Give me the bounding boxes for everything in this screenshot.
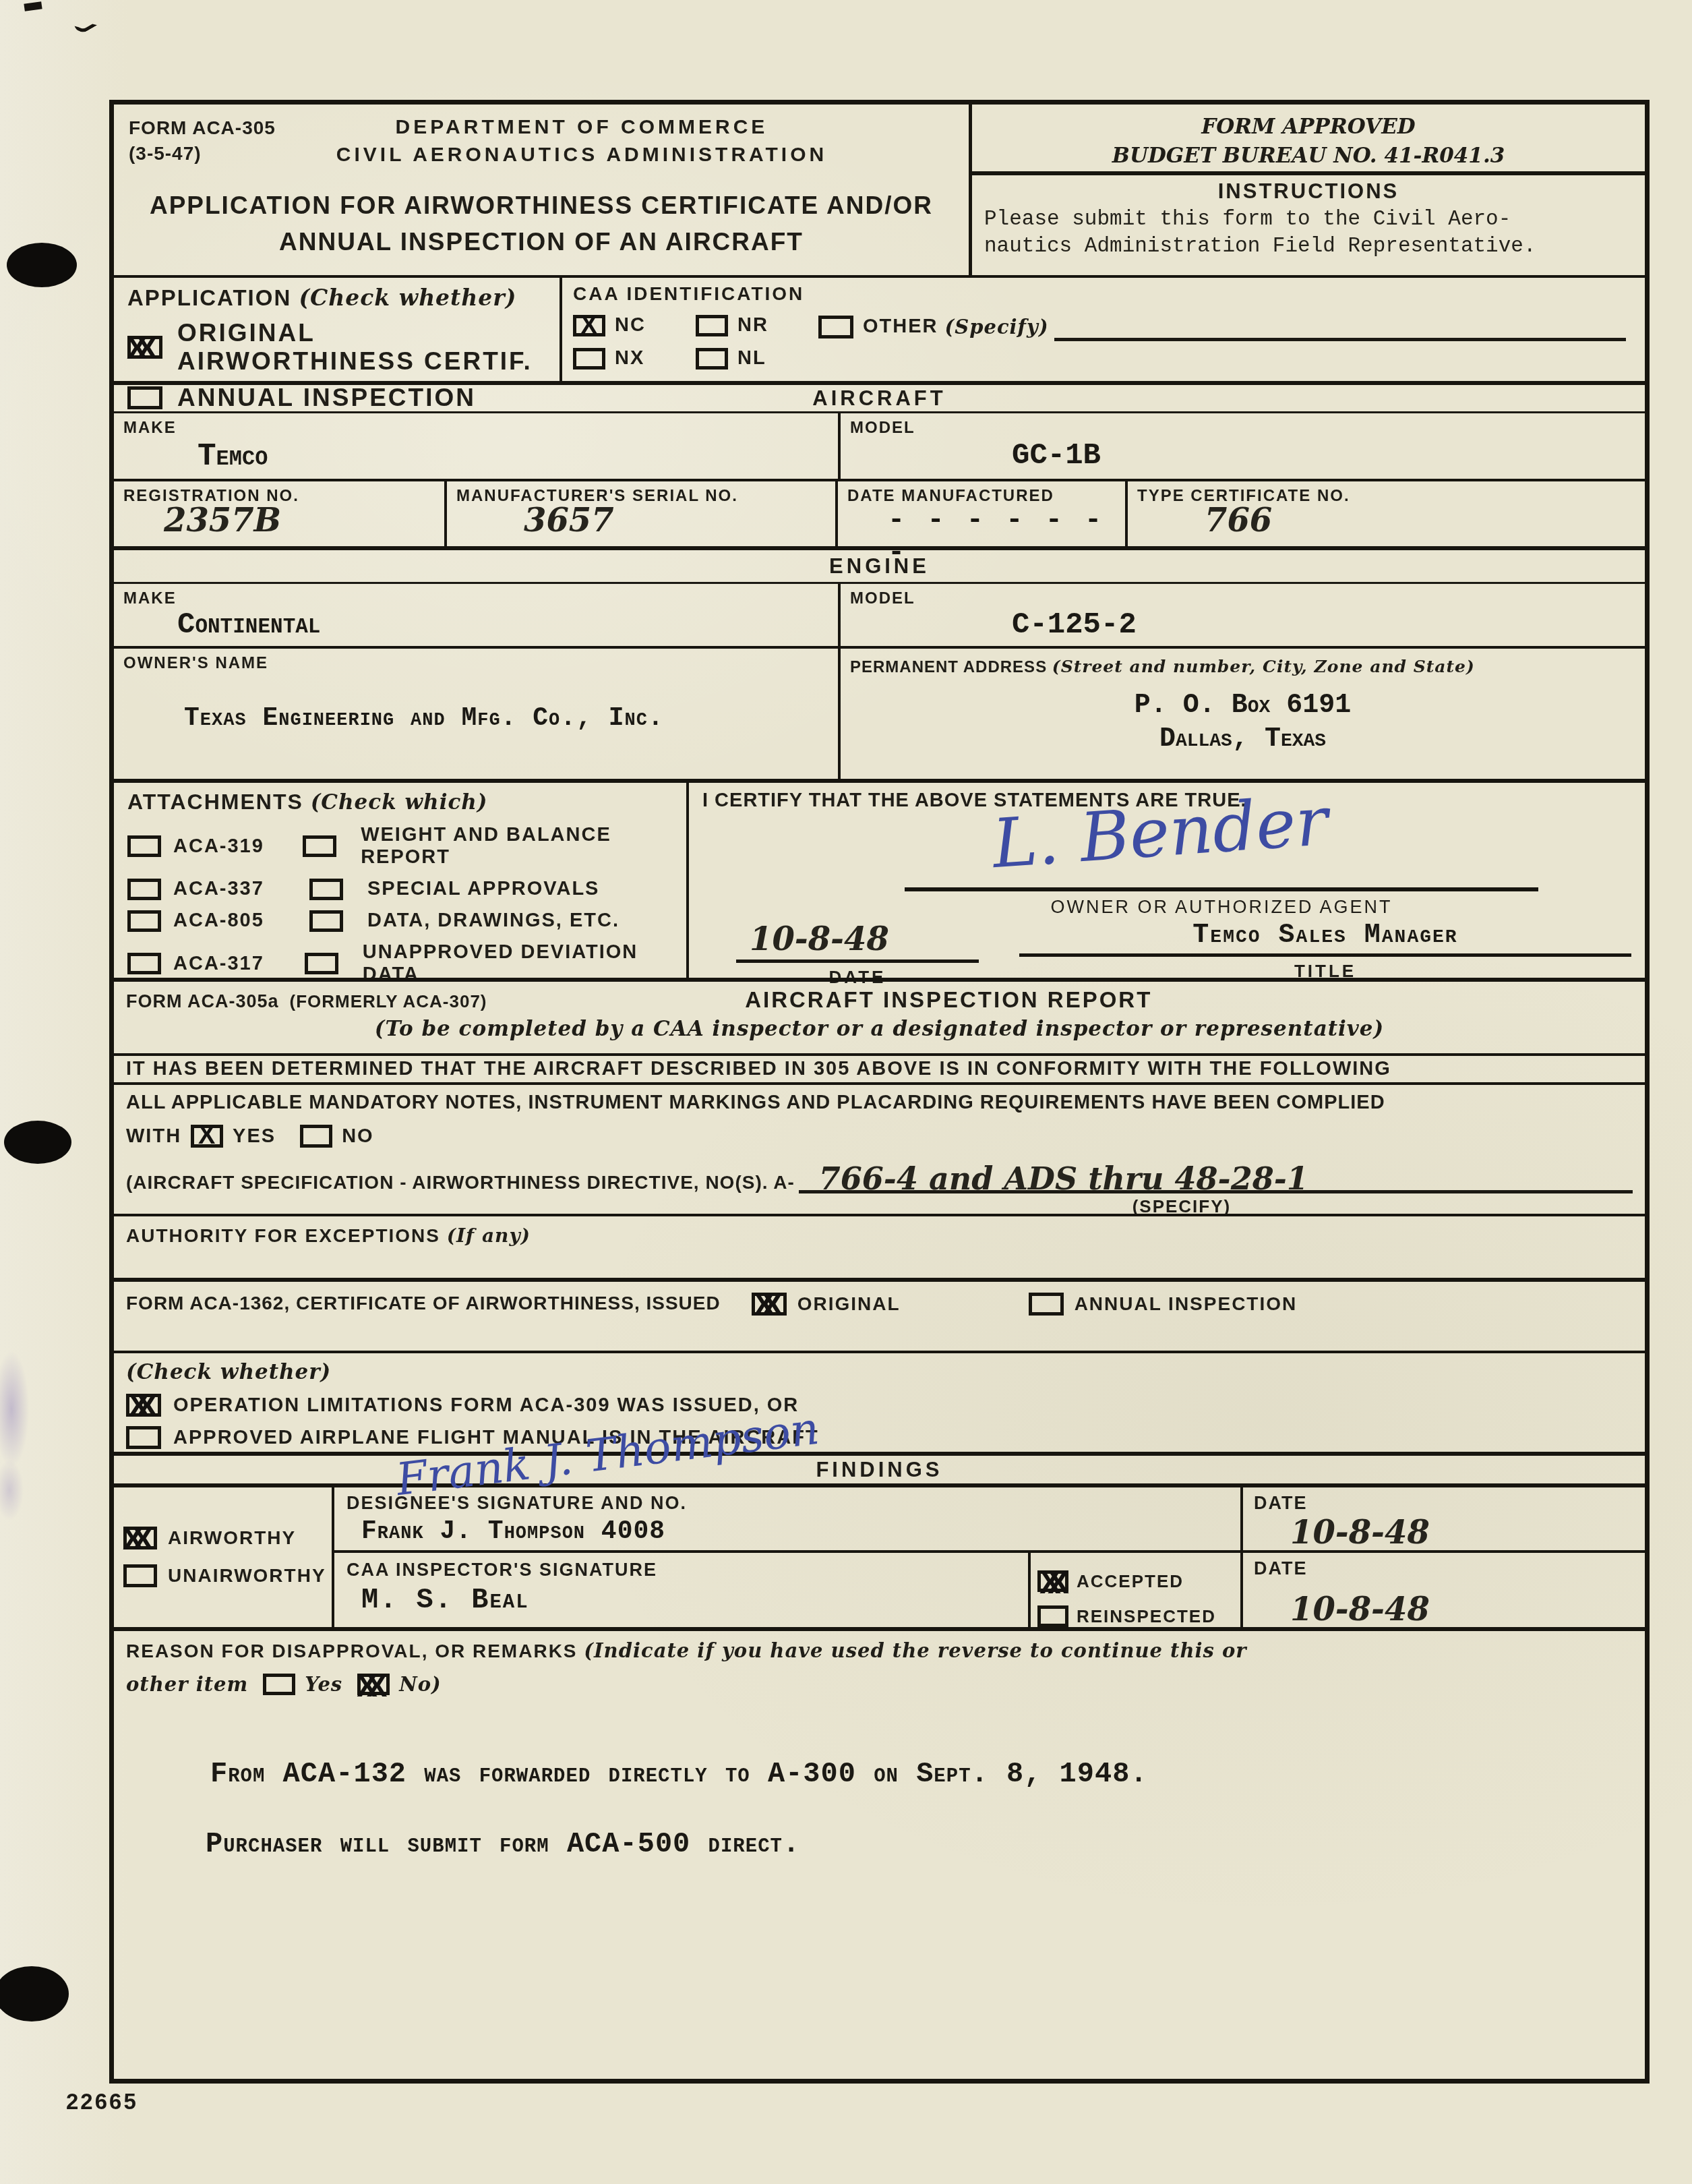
attachments-hint: (Check which) bbox=[311, 790, 488, 815]
accepted-label: ACCEPTED bbox=[1077, 1571, 1184, 1592]
aca-305-form: FORM ACA-305 (3-5-47) DEPARTMENT OF COMM… bbox=[109, 100, 1650, 2084]
complied-section: ALL APPLICABLE MANDATORY NOTES, INSTRUME… bbox=[114, 1082, 1645, 1214]
punch-hole-middle bbox=[4, 1121, 71, 1164]
unairworthy-checkbox[interactable] bbox=[123, 1564, 157, 1587]
reinspected-label: REINSPECTED bbox=[1077, 1606, 1216, 1627]
aircraft-make-label: MAKE bbox=[123, 419, 177, 437]
remarks-body-line2[interactable]: Purchaser will submit form ACA-500 direc… bbox=[206, 1828, 1633, 1860]
aircraft-model-label: MODEL bbox=[850, 419, 915, 437]
inspector-row: CAA INSPECTOR'S SIGNATURE M. S. Beal XX … bbox=[334, 1550, 1645, 1627]
engine-model-label: MODEL bbox=[850, 589, 915, 608]
other-specify-hint: (Specify) bbox=[945, 316, 1049, 338]
attachments-section: ATTACHMENTS (Check which) ACA-319 WEIGHT… bbox=[114, 783, 689, 978]
caa-identification-label: CAA IDENTIFICATION bbox=[573, 283, 1645, 305]
application-label: APPLICATION (Check whether) bbox=[127, 285, 560, 311]
remarks-no-checkbox[interactable]: XX bbox=[357, 1674, 390, 1695]
engine-make-value[interactable]: Continental bbox=[177, 608, 828, 642]
inspector-date-label: DATE bbox=[1254, 1558, 1308, 1578]
application-section: APPLICATION (Check whether) XX ORIGINAL … bbox=[114, 278, 562, 381]
operation-limitations-label: OPERATION LIMITATIONS FORM ACA-309 WAS I… bbox=[173, 1394, 799, 1417]
inspection-report-subtitle: (To be completed by a CAA inspector or a… bbox=[126, 1017, 1633, 1041]
instructions-box: INSTRUCTIONS Please submit this form to … bbox=[972, 175, 1645, 275]
issued-annual-option: ANNUAL INSPECTION bbox=[1029, 1293, 1298, 1316]
other-checkbox[interactable] bbox=[818, 316, 853, 338]
original-airworthiness-label: ORIGINAL AIRWORTHINESS CERTIF. bbox=[177, 319, 560, 376]
with-label: WITH bbox=[126, 1125, 181, 1148]
designee-signature-cell: DESIGNEE'S SIGNATURE AND NO. Frank J. Th… bbox=[334, 1487, 1240, 1550]
authority-hint: (If any) bbox=[447, 1224, 531, 1247]
caa-option-nx: NX bbox=[573, 347, 696, 370]
special-approvals-checkbox[interactable] bbox=[309, 879, 343, 900]
permanent-address-label: PERMANENT ADDRESS (Street and number, Ci… bbox=[850, 654, 1635, 680]
caa-options: X NC NX NR bbox=[573, 314, 1645, 370]
complied-yes-checkbox[interactable]: X bbox=[191, 1125, 223, 1148]
remarks-no-label: No) bbox=[399, 1673, 442, 1696]
form-approved-box: FORM APPROVED BUDGET BUREAU NO. 41-R041.… bbox=[972, 105, 1645, 175]
complied-no-checkbox[interactable] bbox=[300, 1125, 332, 1148]
scan-artifact bbox=[74, 16, 97, 36]
registration-value[interactable]: 2357B bbox=[164, 502, 435, 539]
inspection-report-heading: FORM ACA-305a (FORMERLY ACA-307) AIRCRAF… bbox=[114, 978, 1645, 1053]
instructions-title: INSTRUCTIONS bbox=[984, 179, 1633, 204]
permanent-address-cell: PERMANENT ADDRESS (Street and number, Ci… bbox=[841, 649, 1645, 779]
type-certificate-cell: TYPE CERTIFICATE NO. 766 bbox=[1128, 481, 1645, 546]
aircraft-make-cell: MAKE Temco bbox=[114, 413, 841, 479]
weight-balance-checkbox[interactable] bbox=[303, 835, 336, 857]
instructions-text: Please submit this form to the Civil Aer… bbox=[984, 206, 1633, 261]
address-line2: Dallas, Texas bbox=[1159, 724, 1326, 755]
flight-manual-checkbox[interactable] bbox=[126, 1426, 161, 1449]
accepted-checkbox[interactable]: XX bbox=[1037, 1570, 1068, 1592]
designee-date-cell: DATE 10-8-48 bbox=[1240, 1487, 1645, 1550]
attachment-item: ACA-319 WEIGHT AND BALANCE REPORT bbox=[127, 824, 686, 868]
department-heading: DEPARTMENT OF COMMERCE CIVIL AERONAUTICS… bbox=[195, 114, 969, 169]
scanned-form-page: 22665 FORM ACA-305 (3-5-47) DEPARTMENT O… bbox=[0, 0, 1692, 2184]
inspector-date-cell: DATE 10-8-48 bbox=[1240, 1553, 1645, 1627]
reinspected-checkbox[interactable] bbox=[1037, 1605, 1068, 1627]
permanent-address-value[interactable]: P. O. Box 6191 Dallas, Texas bbox=[850, 689, 1635, 757]
issued-annual-label: ANNUAL INSPECTION bbox=[1075, 1293, 1298, 1315]
form-305a-ref: FORM ACA-305a bbox=[126, 991, 279, 1012]
authority-label: AUTHORITY FOR EXCEPTIONS bbox=[126, 1225, 440, 1246]
application-hint: (Check whether) bbox=[299, 285, 516, 311]
header-right: FORM APPROVED BUDGET BUREAU NO. 41-R041.… bbox=[969, 105, 1645, 275]
punch-hole-bottom bbox=[0, 1966, 69, 2021]
operation-limitations-option: XX OPERATION LIMITATIONS FORM ACA-309 WA… bbox=[126, 1394, 1633, 1417]
reinspected-option: REINSPECTED bbox=[1037, 1605, 1240, 1627]
nc-checkbox[interactable]: X bbox=[573, 315, 605, 336]
aircraft-registration-row: REGISTRATION NO. 2357B MANUFACTURER'S SE… bbox=[114, 479, 1645, 546]
nr-checkbox[interactable] bbox=[696, 315, 728, 336]
department-line1: DEPARTMENT OF COMMERCE bbox=[396, 116, 768, 138]
aca-805-checkbox[interactable] bbox=[127, 910, 161, 932]
complied-with-line: WITH X YES NO bbox=[126, 1125, 1633, 1148]
inspector-signature-cell: CAA INSPECTOR'S SIGNATURE M. S. Beal bbox=[334, 1553, 1028, 1627]
specification-label: (AIRCRAFT SPECIFICATION - AIRWORTHINESS … bbox=[126, 1172, 795, 1193]
operation-limitations-checkbox[interactable]: XX bbox=[126, 1394, 161, 1417]
permanent-address-hint: (Street and number, City, Zone and State… bbox=[1052, 657, 1475, 676]
form-number-line2: (3-5-47) bbox=[129, 143, 202, 164]
form-305a-note: (FORMERLY ACA-307) bbox=[290, 991, 487, 1012]
remarks-section: REASON FOR DISAPPROVAL, OR REMARKS (Indi… bbox=[114, 1627, 1645, 2079]
document-title-line2: ANNUAL INSPECTION OF AN AIRCRAFT bbox=[279, 228, 804, 256]
header-left: FORM ACA-305 (3-5-47) DEPARTMENT OF COMM… bbox=[114, 105, 969, 275]
engine-make-model-row: MAKE Continental MODEL C-125-2 bbox=[114, 582, 1645, 646]
aircraft-model-cell: MODEL GC-1B bbox=[841, 413, 1645, 479]
remarks-hint-line1: (Indicate if you have used the reverse t… bbox=[584, 1639, 1246, 1662]
serial-value[interactable]: 3657 bbox=[524, 502, 826, 539]
original-airworthiness-checkbox[interactable]: XX bbox=[127, 336, 162, 359]
application-original-option: XX ORIGINAL AIRWORTHINESS CERTIF. bbox=[127, 319, 560, 376]
airworthy-option: XX AIRWORTHY bbox=[123, 1527, 332, 1550]
address-line1: P. O. Box 6191 bbox=[1135, 690, 1352, 721]
nr-label: NR bbox=[737, 314, 768, 336]
findings-heading: FINDINGS bbox=[114, 1452, 1645, 1483]
airworthiness-column: XX AIRWORTHY UNAIRWORTHY bbox=[114, 1487, 334, 1627]
unapproved-deviation-checkbox[interactable] bbox=[305, 953, 338, 974]
issued-original-checkbox[interactable]: XX bbox=[752, 1293, 787, 1316]
date-manufactured-label: DATE MANUFACTURED bbox=[847, 487, 1054, 505]
remarks-body-line1[interactable]: From ACA-132 was forwarded directly to A… bbox=[210, 1758, 1633, 1790]
date-manufactured-cell: DATE MANUFACTURED - - - - - - - bbox=[838, 481, 1128, 546]
nx-label: NX bbox=[615, 347, 644, 370]
document-title: APPLICATION FOR AIRWORTHINESS CERTIFICAT… bbox=[114, 187, 969, 260]
remarks-yes-label: Yes bbox=[305, 1673, 342, 1696]
remarks-hint-line2: other item bbox=[126, 1673, 248, 1696]
nc-label: NC bbox=[615, 314, 646, 336]
owner-signature-block: L. Bender OWNER OR AUTHORIZED AGENT bbox=[905, 812, 1538, 918]
other-specify-line[interactable] bbox=[1054, 314, 1626, 341]
findings-table: XX AIRWORTHY UNAIRWORTHY DESIGNEE'S SIGN… bbox=[114, 1483, 1645, 1627]
certify-title-value[interactable]: Temco Sales Manager bbox=[1192, 920, 1457, 951]
accepted-reinspected-cell: XX ACCEPTED REINSPECTED bbox=[1028, 1553, 1240, 1627]
issued-annual-checkbox[interactable] bbox=[1029, 1293, 1064, 1316]
caa-option-nr: NR bbox=[696, 314, 818, 336]
attachments-label: ATTACHMENTS (Check which) bbox=[127, 790, 686, 815]
determined-statement: IT HAS BEEN DETERMINED THAT THE AIRCRAFT… bbox=[114, 1053, 1645, 1082]
complied-statement: ALL APPLICABLE MANDATORY NOTES, INSTRUME… bbox=[126, 1092, 1633, 1114]
aircraft-make-model-row: MAKE Temco MODEL GC-1B bbox=[114, 411, 1645, 479]
caa-option-other: OTHER (Specify) bbox=[818, 314, 1645, 370]
document-title-line1: APPLICATION FOR AIRWORTHINESS CERTIFICAT… bbox=[150, 191, 933, 219]
inspection-report-title: AIRCRAFT INSPECTION REPORT bbox=[487, 987, 1410, 1013]
inspector-date-value[interactable]: 10-8-48 bbox=[1290, 1591, 1430, 1628]
form-number-line1: FORM ACA-305 bbox=[129, 117, 276, 138]
registration-cell: REGISTRATION NO. 2357B bbox=[114, 481, 447, 546]
attachment-item: ACA-337 SPECIAL APPROVALS bbox=[127, 878, 686, 900]
data-drawings-checkbox[interactable] bbox=[309, 910, 343, 932]
engine-make-cell: MAKE Continental bbox=[114, 584, 841, 646]
type-certificate-value[interactable]: 766 bbox=[1205, 502, 1635, 539]
punch-hole-top bbox=[7, 243, 77, 287]
designee-date-value[interactable]: 10-8-48 bbox=[1290, 1514, 1430, 1552]
aircraft-model-value[interactable]: GC-1B bbox=[1012, 439, 1635, 473]
designee-signature-label: DESIGNEE'S SIGNATURE AND NO. bbox=[346, 1493, 687, 1513]
specification-value: 766-4 and ADS thru 48-28-1 bbox=[819, 1160, 1308, 1197]
flight-manual-option: APPROVED AIRPLANE FLIGHT MANUAL IS IN TH… bbox=[126, 1426, 1633, 1449]
owner-row: OWNER'S NAME Texas Engineering and Mfg. … bbox=[114, 646, 1645, 779]
department-line2: CIVIL AERONAUTICS ADMINISTRATION bbox=[336, 144, 827, 166]
certificate-issued-row: FORM ACA-1362, CERTIFICATE OF AIRWORTHIN… bbox=[114, 1278, 1645, 1351]
other-label: OTHER bbox=[863, 316, 938, 338]
print-code: 22665 bbox=[66, 2089, 138, 2115]
engine-section-heading: ENGINE bbox=[114, 546, 1645, 582]
form-approved-line1: FORM APPROVED bbox=[1201, 115, 1415, 139]
designee-row: DESIGNEE'S SIGNATURE AND NO. Frank J. Th… bbox=[334, 1487, 1645, 1550]
airworthy-checkbox[interactable]: XX bbox=[123, 1527, 157, 1550]
aca-337-checkbox[interactable] bbox=[127, 879, 161, 900]
aca-319-checkbox[interactable] bbox=[127, 835, 161, 857]
serial-cell: MANUFACTURER'S SERIAL NO. 3657 bbox=[447, 481, 838, 546]
caa-identification-section: CAA IDENTIFICATION X NC NX bbox=[562, 278, 1645, 381]
caa-option-nl: NL bbox=[696, 347, 818, 370]
caa-option-nc: X NC bbox=[573, 314, 696, 336]
engine-model-cell: MODEL C-125-2 bbox=[841, 584, 1645, 646]
certificate-issued-label: FORM ACA-1362, CERTIFICATE OF AIRWORTHIN… bbox=[126, 1293, 721, 1314]
accepted-option: XX ACCEPTED bbox=[1037, 1570, 1240, 1592]
inspector-signature-value[interactable]: M. S. Beal bbox=[361, 1584, 529, 1616]
airworthy-label: AIRWORTHY bbox=[168, 1527, 296, 1549]
aca-317-checkbox[interactable] bbox=[127, 953, 161, 974]
owner-name-cell: OWNER'S NAME Texas Engineering and Mfg. … bbox=[114, 649, 841, 779]
yes-label: YES bbox=[233, 1125, 276, 1148]
application-caa-row: APPLICATION (Check whether) XX ORIGINAL … bbox=[114, 275, 1645, 381]
unairworthy-label: UNAIRWORTHY bbox=[168, 1565, 326, 1587]
remarks-label: REASON FOR DISAPPROVAL, OR REMARKS bbox=[126, 1641, 578, 1661]
unairworthy-option: UNAIRWORTHY bbox=[123, 1564, 332, 1587]
aircraft-specification-line: (AIRCRAFT SPECIFICATION - AIRWORTHINESS … bbox=[126, 1160, 1633, 1193]
engine-make-label: MAKE bbox=[123, 589, 177, 608]
certify-date-value[interactable]: 10-8-48 bbox=[750, 920, 889, 958]
owner-name-value[interactable]: Texas Engineering and Mfg. Co., Inc. bbox=[184, 704, 828, 733]
authority-exceptions-cell: AUTHORITY FOR EXCEPTIONS (If any) bbox=[114, 1214, 1645, 1278]
check-whether-section: (Check whether) XX OPERATION LIMITATIONS… bbox=[114, 1351, 1645, 1452]
form-number: FORM ACA-305 (3-5-47) bbox=[129, 115, 276, 167]
specification-fill-line[interactable]: 766-4 and ADS thru 48-28-1 (SPECIFY) bbox=[799, 1160, 1633, 1193]
designee-date-label: DATE bbox=[1254, 1493, 1308, 1513]
owner-name-label: OWNER'S NAME bbox=[123, 654, 268, 672]
attachments-certify-row: ATTACHMENTS (Check which) ACA-319 WEIGHT… bbox=[114, 779, 1645, 978]
nl-label: NL bbox=[737, 347, 766, 370]
ink-smudge bbox=[0, 1450, 28, 1531]
issued-original-option: XX ORIGINAL bbox=[752, 1293, 901, 1316]
no-label: NO bbox=[342, 1125, 374, 1148]
issued-original-label: ORIGINAL bbox=[797, 1293, 901, 1315]
certification-section: I CERTIFY THAT THE ABOVE STATEMENTS ARE … bbox=[689, 783, 1645, 978]
engine-model-value[interactable]: C-125-2 bbox=[1012, 608, 1635, 642]
form-approved-line2: BUDGET BUREAU NO. 41-R041.3 bbox=[1112, 144, 1505, 168]
scan-artifact bbox=[24, 1, 42, 11]
inspector-signature-label: CAA INSPECTOR'S SIGNATURE bbox=[346, 1560, 657, 1580]
check-whether-hint: (Check whether) bbox=[126, 1360, 1633, 1384]
designee-typed-name[interactable]: Frank J. Thompson 4008 bbox=[361, 1517, 665, 1546]
aircraft-make-value[interactable]: Temco bbox=[198, 439, 828, 474]
attachment-item: ACA-805 DATA, DRAWINGS, ETC. bbox=[127, 910, 686, 932]
nl-checkbox[interactable] bbox=[696, 348, 728, 370]
aircraft-section-heading: AIRCRAFT bbox=[114, 381, 1645, 411]
signature-caption: OWNER OR AUTHORIZED AGENT bbox=[905, 897, 1538, 918]
remarks-yes-checkbox[interactable] bbox=[263, 1674, 295, 1695]
nx-checkbox[interactable] bbox=[573, 348, 605, 370]
form-header: FORM ACA-305 (3-5-47) DEPARTMENT OF COMM… bbox=[114, 105, 1645, 275]
